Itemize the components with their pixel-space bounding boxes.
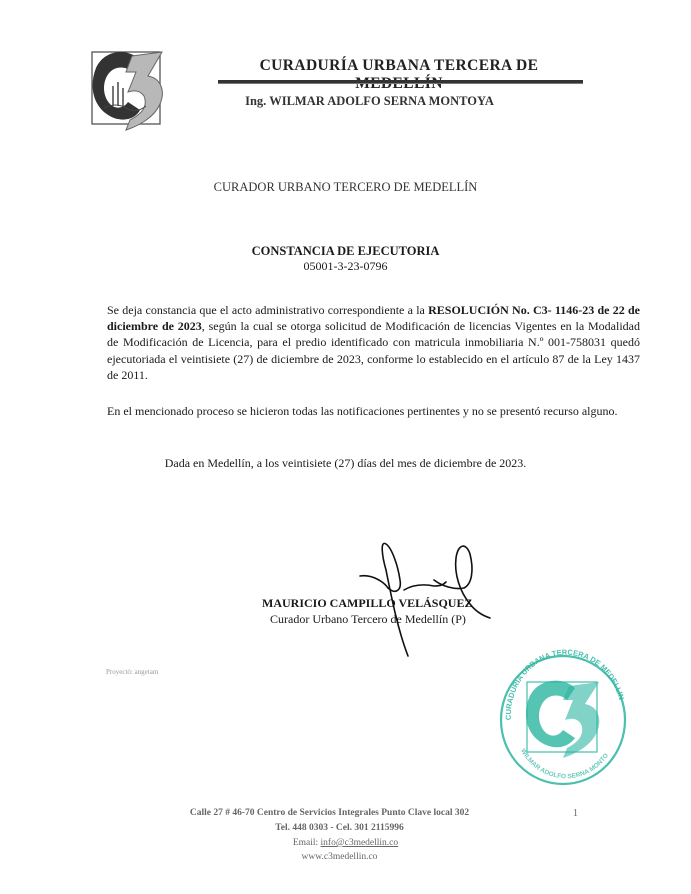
heading-subtitle: CURADOR URBANO TERCERO DE MEDELLÍN — [0, 180, 691, 195]
footer-email-label: Email: — [293, 838, 321, 848]
body-paragraph-1: Se deja constancia que el acto administr… — [107, 302, 640, 383]
handwritten-signature-icon — [352, 540, 497, 660]
organization-title: CURADURÍA URBANA TERCERA DE MEDELLÍN — [216, 57, 582, 93]
drafted-by-note: Proyectó: angetam — [106, 668, 158, 676]
body-paragraph-2: En el mencionado proceso se hicieron tod… — [107, 404, 647, 419]
page-number: 1 — [573, 808, 578, 819]
body-paragraph-3: Dada en Medellín, a los veintisiete (27)… — [0, 456, 691, 471]
letterhead-rule — [218, 80, 583, 84]
curator-name: Ing. WILMAR ADOLFO SERNA MONTOYA — [218, 94, 521, 109]
footer-email-link[interactable]: info@c3medellin.co — [321, 838, 399, 848]
footer-website[interactable]: www.c3medellin.co — [0, 852, 685, 862]
footer-email: Email: info@c3medellin.co — [0, 838, 691, 848]
c3-logo-icon — [86, 42, 178, 138]
para1-lead: Se deja constancia que el acto administr… — [107, 303, 428, 317]
footer-phone: Tel. 448 0303 - Cel. 301 2115996 — [0, 823, 685, 833]
document-number: 05001-3-23-0796 — [0, 259, 691, 274]
document-title: CONSTANCIA DE EJECUTORIA — [0, 244, 691, 259]
official-seal-stamp-icon: CURADURIA URBANA TERCERA DE MEDELLIN WIL… — [493, 642, 633, 788]
